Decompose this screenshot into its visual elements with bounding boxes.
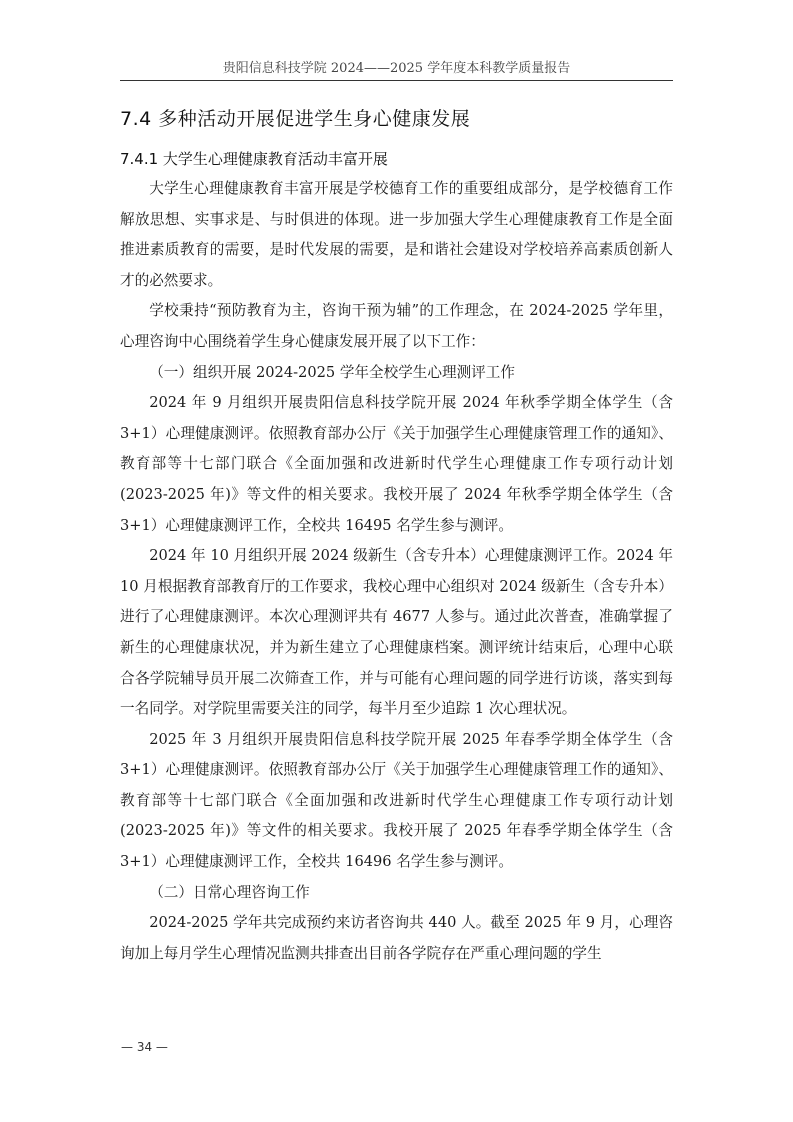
subsection-heading: 7.4.1 大学生心理健康教育活动丰富开展 <box>120 148 388 169</box>
page-number: — 34 — <box>121 1040 168 1054</box>
running-header: 贵阳信息科技学院 2024——2025 学年度本科教学质量报告 <box>120 60 673 78</box>
paragraph-intro: 大学生心理健康教育丰富开展是学校德育工作的重要组成部分，是学校德育工作解放思想、… <box>120 174 673 296</box>
paragraph-philosophy: 学校秉持“预防教育为主，咨询干预为辅”的工作理念，在 2024-2025 学年里… <box>120 296 673 357</box>
subheading-assessment: （一）组织开展 2024-2025 学年全校学生心理测评工作 <box>120 358 673 389</box>
body-text: 大学生心理健康教育丰富开展是学校德育工作的重要组成部分，是学校德育工作解放思想、… <box>120 174 673 969</box>
header-rule <box>120 80 673 81</box>
subheading-counseling: （二）日常心理咨询工作 <box>120 878 673 909</box>
paragraph-counseling: 2024-2025 学年共完成预约来访者咨询共 440 人。截至 2025 年 … <box>120 908 673 969</box>
paragraph-spring-2025: 2025 年 3 月组织开展贵阳信息科技学院开展 2025 年春季学期全体学生（… <box>120 725 673 878</box>
section-heading: 7.4 多种活动开展促进学生身心健康发展 <box>120 104 470 131</box>
paragraph-fall-2024: 2024 年 9 月组织开展贵阳信息科技学院开展 2024 年秋季学期全体学生（… <box>120 388 673 541</box>
document-page: 贵阳信息科技学院 2024——2025 学年度本科教学质量报告 7.4 多种活动… <box>0 0 793 1122</box>
paragraph-freshmen-2024: 2024 年 10 月组织开展 2024 级新生（含专升本）心理健康测评工作。2… <box>120 541 673 725</box>
